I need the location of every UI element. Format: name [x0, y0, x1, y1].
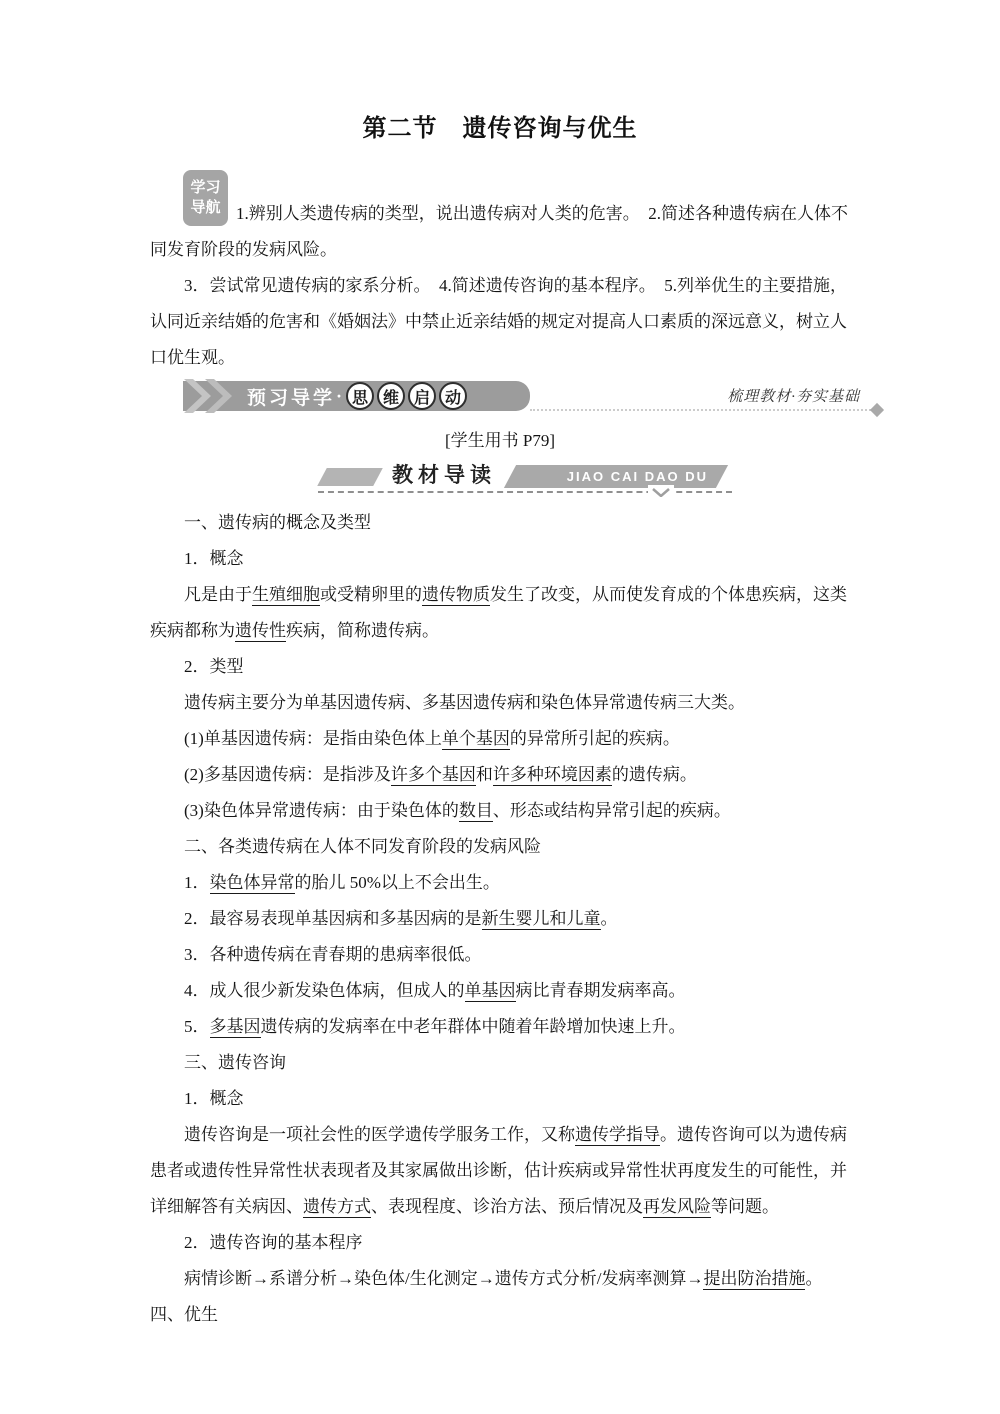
text-run: 1．概念: [184, 549, 244, 568]
paragraph: 4．成人很少新发染色体病，但成人的单基因病比青春期发病率高。: [150, 973, 850, 1009]
text-run: 2．最容易表现单基因病和多基因病的是: [184, 909, 482, 928]
text-run: 三、遗传咨询: [184, 1053, 286, 1072]
paragraph: 凡是由于生殖细胞或受精卵里的遗传物质发生了改变，从而使发育成的个体患疾病，这类疾…: [150, 577, 850, 649]
underlined-term: 生殖细胞: [252, 585, 320, 606]
text-run: 等问题。: [711, 1197, 779, 1216]
text-run: 遗传病的发病率在中老年群体中随着年龄增加快速上升。: [261, 1017, 686, 1036]
paragraph: 1．染色体异常的胎儿 50%以上不会出生。: [150, 865, 850, 901]
underlined-term: 单基因: [465, 981, 516, 1002]
paragraph: 1．概念: [150, 541, 850, 577]
text-run: (1)单基因遗传病：是指由染色体上: [184, 729, 442, 748]
underlined-term: 许多个基因: [391, 765, 476, 786]
document-page: 第二节 遗传咨询与优生 学习 导航 1.辨别人类遗传病的类型，说出遗传病对人类的…: [0, 0, 1000, 1414]
student-book-ref: [学生用书 P79]: [150, 430, 850, 452]
text-run: 4．成人很少新发染色体病，但成人的: [184, 981, 465, 1000]
text-run: (3)染色体异常遗传病：由于染色体的: [184, 801, 459, 820]
text-run: 5．: [184, 1017, 210, 1036]
double-chevron-right-icon: [180, 377, 236, 420]
paragraph: 5．多基因遗传病的发病率在中老年群体中随着年龄增加快速上升。: [150, 1009, 850, 1045]
reading-header-pinyin: JIAO CAI DAO DU: [548, 466, 708, 488]
text-run: 。: [805, 1269, 822, 1288]
underlined-term: 遗传物质: [422, 585, 490, 606]
study-goals-paragraph: 1.辨别人类遗传病的类型，说出遗传病对人类的危害。 2.简述各种遗传病在人体不同…: [150, 170, 850, 268]
text-run: (2)多基因遗传病：是指涉及: [184, 765, 391, 784]
page-title: 第二节 遗传咨询与优生: [0, 112, 1000, 146]
underlined-term: 再发风险: [643, 1197, 711, 1218]
paragraph: 3．各种遗传病在青春期的患病率很低。: [150, 937, 850, 973]
banner-circles: 思维启动: [346, 382, 467, 410]
paragraph: 二、各类遗传病在人体不同发育阶段的发病风险: [150, 829, 850, 865]
paragraph: 四、优生: [150, 1297, 850, 1333]
paragraph: 病情诊断→系谱分析→染色体/生化测定→遗传方式分析/发病率测算→提出防治措施。: [150, 1261, 850, 1297]
text-run: 病比青春期发病率高。: [516, 981, 686, 1000]
study-nav-badge: 学习 导航: [183, 170, 228, 226]
study-nav-badge-line1: 学习: [183, 178, 228, 198]
paragraph: 遗传咨询是一项社会性的医学遗传学服务工作，又称遗传学指导。遗传咨询可以为遗传病患…: [150, 1117, 850, 1225]
paragraph: (1)单基因遗传病：是指由染色体上单个基因的异常所引起的疾病。: [150, 721, 850, 757]
text-run: 2．遗传咨询的基本程序: [184, 1233, 363, 1252]
parallelogram-decor: [317, 468, 383, 486]
text-run: 二、各类遗传病在人体不同发育阶段的发病风险: [184, 837, 541, 856]
underlined-term: 遗传性: [235, 621, 286, 642]
circle-character: 启: [408, 382, 436, 410]
text-run: 1．: [184, 873, 210, 892]
preview-banner: 预习导学 · 思维启动 梳理教材·夯实基础: [150, 380, 850, 414]
underlined-term: 数目: [459, 801, 493, 822]
text-run: 疾病，简称遗传病。: [286, 621, 439, 640]
paragraph: 2．最容易表现单基因病和多基因病的是新生婴儿和儿童。: [150, 901, 850, 937]
text-run: 或受精卵里的: [320, 585, 422, 604]
text-run: 遗传咨询是一项社会性的医学遗传学服务工作，又称: [184, 1125, 575, 1144]
paragraph: 遗传病主要分为单基因遗传病、多基因遗传病和染色体异常遗传病三大类。: [150, 685, 850, 721]
text-run: 遗传病主要分为单基因遗传病、多基因遗传病和染色体异常遗传病三大类。: [184, 693, 745, 712]
circle-character: 思: [346, 382, 374, 410]
study-nav-section: 学习 导航 1.辨别人类遗传病的类型，说出遗传病对人类的危害。 2.简述各种遗传…: [150, 170, 850, 376]
preview-banner-label: 预习导学: [247, 383, 335, 410]
text-run: 一、遗传病的概念及类型: [184, 513, 371, 532]
paragraph: 2．类型: [150, 649, 850, 685]
underlined-term: 染色体异常: [210, 873, 295, 894]
reading-header: 教材导读 JIAO CAI DAO DU: [318, 461, 732, 493]
separator-dot: ·: [336, 386, 342, 407]
paragraph: (2)多基因遗传病：是指涉及许多个基因和许多种环境因素的遗传病。: [150, 757, 850, 793]
study-goals-paragraph: 3．尝试常见遗传病的家系分析。 4.简述遗传咨询的基本程序。 5.列举优生的主要…: [150, 268, 850, 376]
circle-character: 维: [377, 382, 405, 410]
underlined-term: 新生婴儿和儿童: [482, 909, 601, 930]
text-run: 凡是由于: [184, 585, 252, 604]
paragraph: 2．遗传咨询的基本程序: [150, 1225, 850, 1261]
banner-right-label: 梳理教材·夯实基础: [721, 385, 860, 406]
underlined-term: 许多种环境因素: [493, 765, 612, 786]
text-run: 3．各种遗传病在青春期的患病率很低。: [184, 945, 482, 964]
text-run: 的异常所引起的疾病。: [510, 729, 680, 748]
paragraph: 1．概念: [150, 1081, 850, 1117]
paragraph: 三、遗传咨询: [150, 1045, 850, 1081]
reading-header-title: 教材导读: [392, 461, 496, 491]
underlined-term: 单个基因: [442, 729, 510, 750]
text-run: 的胎儿 50%以上不会出生。: [295, 873, 500, 892]
text-run: 1．概念: [184, 1089, 244, 1108]
underlined-term: 多基因: [210, 1017, 261, 1038]
underlined-term: 遗传方式: [303, 1197, 371, 1218]
text-run: 的遗传病。: [612, 765, 697, 784]
underlined-term: 提出防治措施: [703, 1269, 805, 1290]
text-run: 。: [601, 909, 618, 928]
study-goals: 1.辨别人类遗传病的类型，说出遗传病对人类的危害。 2.简述各种遗传病在人体不同…: [150, 170, 850, 376]
text-run: 、形态或结构异常引起的疾病。: [493, 801, 731, 820]
text-run: 病情诊断→系谱分析→染色体/生化测定→遗传方式分析/发病率测算→: [184, 1269, 703, 1288]
chevron-down-icon: [648, 485, 674, 499]
circle-character: 动: [439, 382, 467, 410]
underlined-term: 遗传学指导: [575, 1125, 660, 1146]
text-run: 2．类型: [184, 657, 244, 676]
text-run: 、表现程度、诊治方法、预后情况及: [371, 1197, 643, 1216]
study-nav-badge-line2: 导航: [183, 198, 228, 218]
document-body: 一、遗传病的概念及类型1．概念凡是由于生殖细胞或受精卵里的遗传物质发生了改变，从…: [150, 505, 850, 1333]
text-run: 和: [476, 765, 493, 784]
dotted-divider: [530, 409, 882, 411]
text-run: 四、优生: [150, 1305, 218, 1324]
paragraph: 一、遗传病的概念及类型: [150, 505, 850, 541]
paragraph: (3)染色体异常遗传病：由于染色体的数目、形态或结构异常引起的疾病。: [150, 793, 850, 829]
diamond-icon: [870, 403, 884, 417]
content-area: 学习 导航 1.辨别人类遗传病的类型，说出遗传病对人类的危害。 2.简述各种遗传…: [150, 170, 850, 1333]
